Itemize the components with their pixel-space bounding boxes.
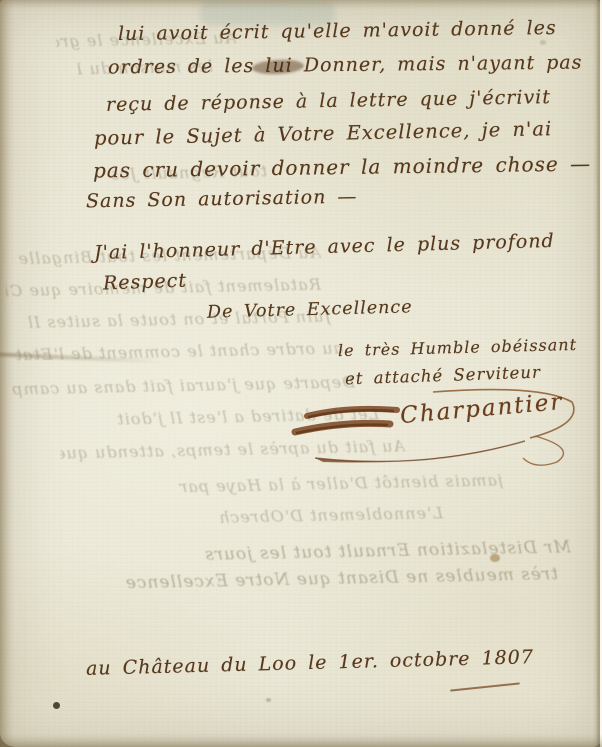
date-underline <box>450 682 520 691</box>
ghost-line: L'ennoblement D'Obrech <box>178 503 443 528</box>
paper-edge-left <box>0 0 14 747</box>
body-line-4: pour le Sujet à Votre Excellence, je n'a… <box>94 117 553 150</box>
closing-line-1: J'ai l'honneur d'Etre avec le plus profo… <box>94 230 555 264</box>
body-line-2: ordres de les lui Donner, mais n'ayant p… <box>108 52 583 79</box>
closing-line-5: et attaché Serviteur <box>345 363 541 389</box>
ghost-line: au ordre chant le comment de l'Etat qu <box>8 338 343 364</box>
foxing-spot <box>490 554 500 562</box>
closing-line-4: le très Humble obéissant <box>338 335 577 360</box>
ghost-line: très meubles ne Disant que Notre Excelle… <box>6 564 558 596</box>
foxing-spot <box>53 702 60 709</box>
letter-page: Au Excellence le grand Malar les maison … <box>0 0 602 747</box>
body-line-5: pas cru devoir donner la moindre chose — <box>93 152 591 183</box>
document-scan: Au Excellence le grand Malar les maison … <box>0 0 602 747</box>
body-line-6: Sans Son autorisation — <box>86 186 358 213</box>
foxing-spot <box>266 698 271 702</box>
body-line-1: lui avoit écrit qu'elle m'avoit donné le… <box>118 17 557 45</box>
dateline: au Château du Loo le 1er. octobre 1807 <box>86 646 534 680</box>
paper-edge-bottom <box>0 734 602 747</box>
closing-line-2: Respect <box>103 270 188 295</box>
closing-line-3: De Votre Excellence <box>207 297 413 322</box>
foxing-spot <box>540 40 546 45</box>
body-line-3: reçu de réponse à la lettre que j'écrivi… <box>106 86 551 116</box>
paper-edge-right <box>593 0 602 747</box>
ghost-line: Mr Distelazition Ernault tout les jours <box>26 537 571 568</box>
